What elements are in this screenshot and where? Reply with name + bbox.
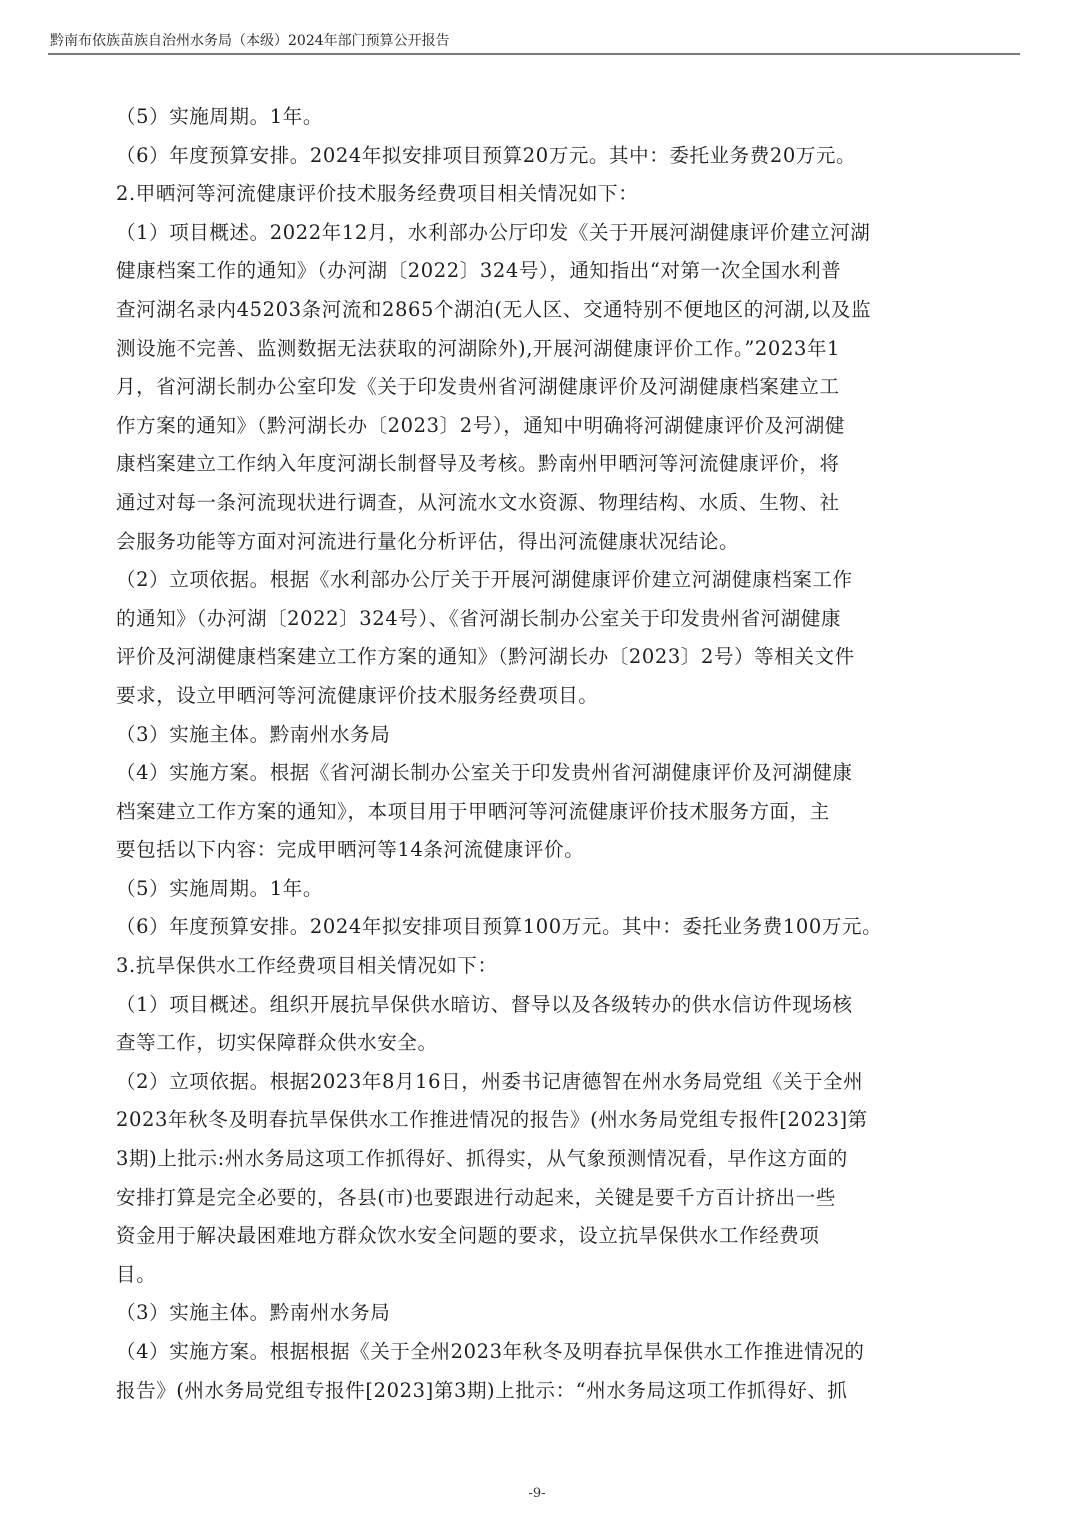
text-line: （2）立项依据。根据2023年8月16日，州委书记唐德智在州水务局党组《关于全州 xyxy=(116,1063,948,1102)
text-line: 测设施不完善、监测数据无法获取的河湖除外),开展河湖健康评价工作。”2023年1 xyxy=(116,330,948,369)
running-header: 黔南布依族苗族自治州水务局（本级）2024年部门预算公开报告 xyxy=(50,30,450,50)
text-line: （1）项目概述。2022年12月，水利部办公厅印发《关于开展河湖健康评价建立河湖 xyxy=(116,214,948,253)
section-heading: 3.抗旱保供水工作经费项目相关情况如下： xyxy=(116,947,948,986)
text-line: 康档案建立工作纳入年度河湖长制督导及考核。黔南州甲晒河等河流健康评价，将 xyxy=(116,445,948,484)
text-line: （3）实施主体。黔南州水务局 xyxy=(116,1294,948,1333)
text-line: （5）实施周期。1年。 xyxy=(116,870,948,909)
text-line: （4）实施方案。根据根据《关于全州2023年秋冬及明春抗旱保供水工作推进情况的 xyxy=(116,1333,948,1372)
text-line: 档案建立工作方案的通知》，本项目用于甲晒河等河流健康评价技术服务方面，主 xyxy=(116,793,948,832)
text-line: 3期)上批示:州水务局这项工作抓得好、抓得实，从气象预测情况看，早作这方面的 xyxy=(116,1140,948,1179)
text-line: （3）实施主体。黔南州水务局 xyxy=(116,716,948,755)
document-body: （5）实施周期。1年。 （6）年度预算安排。2024年拟安排项目预算20万元。其… xyxy=(116,98,948,1410)
text-line: （5）实施周期。1年。 xyxy=(116,98,948,137)
section-heading: 2.甲晒河等河流健康评价技术服务经费项目相关情况如下： xyxy=(116,175,948,214)
text-line: 评价及河湖健康档案建立工作方案的通知》（黔河湖长办〔2023〕2号）等相关文件 xyxy=(116,638,948,677)
text-line: 安排打算是完全必要的，各县(市)也要跟进行动起来，关键是要千方百计挤出一些 xyxy=(116,1179,948,1218)
text-line: 要包括以下内容：完成甲晒河等14条河流健康评价。 xyxy=(116,831,948,870)
text-line: 通过对每一条河流现状进行调查，从河流水文水资源、物理结构、水质、生物、社 xyxy=(116,484,948,523)
text-line: （4）实施方案。根据《省河湖长制办公室关于印发贵州省河湖健康评价及河湖健康 xyxy=(116,754,948,793)
text-line: 报告》(州水务局党组专报件[2023]第3期)上批示：“州水务局这项工作抓得好、… xyxy=(116,1372,948,1411)
text-line: （6）年度预算安排。2024年拟安排项目预算100万元。其中：委托业务费100万… xyxy=(116,908,948,947)
text-line: 月，省河湖长制办公室印发《关于印发贵州省河湖健康评价及河湖健康档案建立工 xyxy=(116,368,948,407)
text-line: （1）项目概述。组织开展抗旱保供水暗访、督导以及各级转办的供水信访件现场核 xyxy=(116,986,948,1025)
text-line: 目。 xyxy=(116,1256,948,1295)
text-line: 查河湖名录内45203条河流和2865个湖泊(无人区、交通特别不便地区的河湖,以… xyxy=(116,291,948,330)
text-line: （6）年度预算安排。2024年拟安排项目预算20万元。其中：委托业务费20万元。 xyxy=(116,137,948,176)
text-line: 资金用于解决最困难地方群众饮水安全问题的要求，设立抗旱保供水工作经费项 xyxy=(116,1217,948,1256)
text-line: 查等工作，切实保障群众供水安全。 xyxy=(116,1024,948,1063)
text-line: 要求，设立甲晒河等河流健康评价技术服务经费项目。 xyxy=(116,677,948,716)
text-line: 作方案的通知》（黔河湖长办〔2023〕2号），通知中明确将河湖健康评价及河湖健 xyxy=(116,407,948,446)
text-line: 的通知》（办河湖〔2022〕324号）、《省河湖长制办公室关于印发贵州省河湖健康 xyxy=(116,600,948,639)
text-line: 健康档案工作的通知》（办河湖〔2022〕324号），通知指出“对第一次全国水利普 xyxy=(116,252,948,291)
text-line: 会服务功能等方面对河流进行量化分析评估，得出河流健康状况结论。 xyxy=(116,523,948,562)
page-number: -9- xyxy=(0,1486,1074,1501)
text-line: 2023年秋冬及明春抗旱保供水工作推进情况的报告》(州水务局党组专报件[2023… xyxy=(116,1101,948,1140)
text-line: （2）立项依据。根据《水利部办公厅关于开展河湖健康评价建立河湖健康档案工作 xyxy=(116,561,948,600)
header-divider xyxy=(48,53,1020,55)
